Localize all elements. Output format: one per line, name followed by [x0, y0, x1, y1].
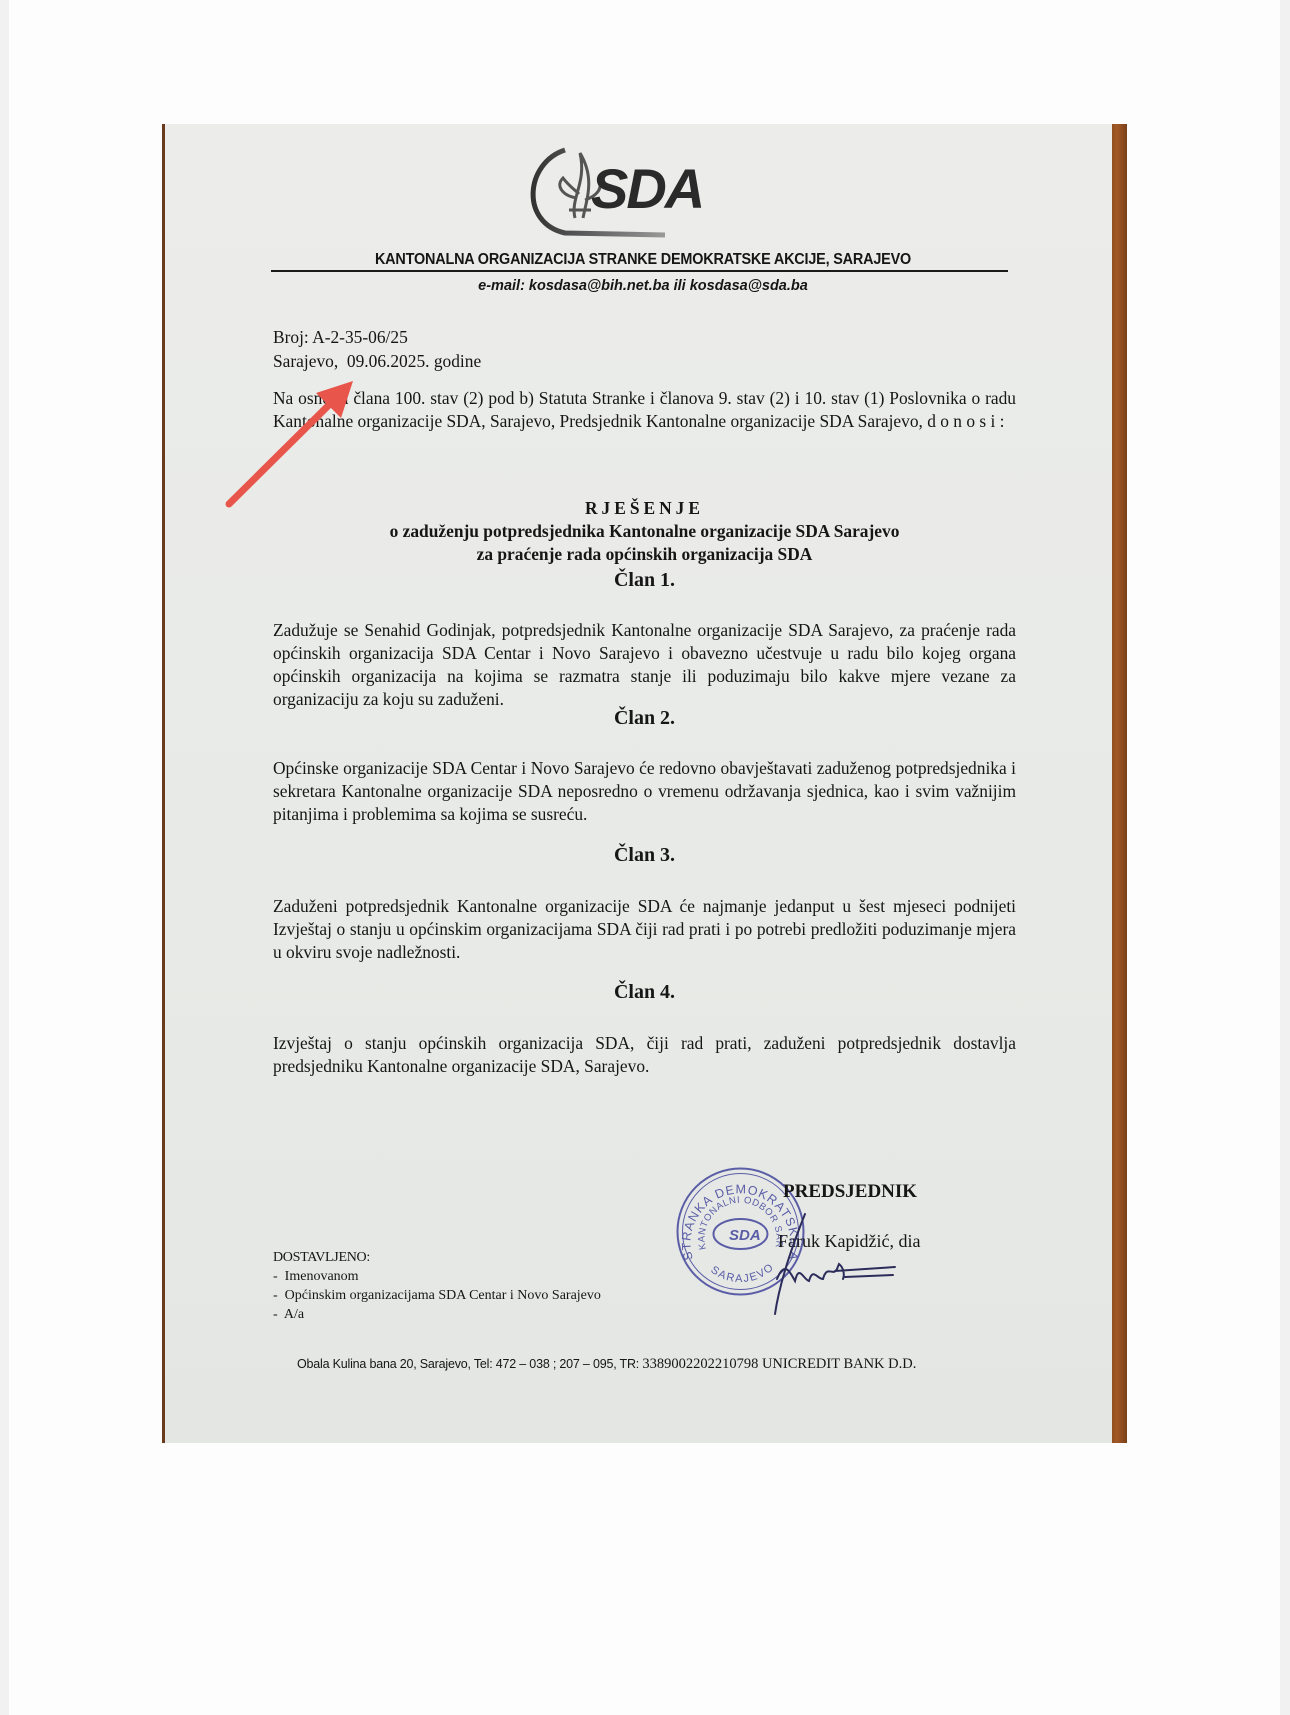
article-3-body: Zaduženi potpredsjednik Kantonalne organ… [273, 895, 1016, 964]
document-meta: Broj: A-2-35-06/25 Sarajevo, 09.06.2025.… [273, 325, 1016, 373]
svg-text:SDA: SDA [729, 1227, 761, 1244]
signatory-title: PREDSJEDNIK [783, 1181, 917, 1203]
article-3-heading: Član 3. [273, 844, 1016, 867]
decision-subtitle-line1: o zaduženju potpredsjednika Kantonalne o… [273, 520, 1016, 543]
distribution-item: Općinskim organizacijama SDA Centar i No… [273, 1286, 601, 1305]
article-4-heading: Član 4. [273, 981, 1016, 1004]
footer-address: Obala Kulina bana 20, Sarajevo, Tel: 472… [297, 1357, 642, 1371]
article-2-heading: Član 2. [273, 707, 1016, 730]
decision-heading: RJEŠENJE [273, 497, 1016, 520]
document-number: Broj: A-2-35-06/25 [273, 325, 1016, 349]
sda-logo-icon: SDA [525, 138, 725, 243]
organization-title: KANTONALNA ORGANIZACIJA STRANKE DEMOKRAT… [299, 251, 987, 269]
distribution-item: Imenovanom [273, 1267, 601, 1286]
decision-subtitle-line2: za praćenje rada općinskih organizacija … [273, 543, 1016, 566]
footer-bank-account: 3389002202210798 UNICREDIT BANK D.D. [642, 1356, 916, 1372]
photo-background-edge [1110, 124, 1127, 1443]
article-4-body: Izvještaj o stanju općinskih organizacij… [273, 1032, 1016, 1078]
decision-title: RJEŠENJE o zaduženju potpredsjednika Kan… [273, 497, 1016, 566]
svg-text:SDA: SDA [591, 157, 703, 220]
document-page: SDA KANTONALNA ORGANIZACIJA STRANKE DEMO… [162, 124, 1112, 1443]
preamble: Na osnovu člana 100. stav (2) pod b) Sta… [273, 387, 1016, 433]
article-1-body: Zadužuje se Senahid Godinjak, potpredsje… [273, 619, 1016, 711]
distribution-item: A/a [273, 1305, 601, 1324]
viewer-right-edge [1280, 0, 1290, 1715]
letter-footer: Obala Kulina bana 20, Sarajevo, Tel: 472… [297, 1356, 1057, 1373]
organization-email: e-mail: kosdasa@bih.net.ba ili kosdasa@s… [273, 278, 1013, 294]
handwritten-signature-icon [765, 1209, 915, 1319]
distribution-label: DOSTAVLJENO: [273, 1248, 601, 1267]
document-date: Sarajevo, 09.06.2025. godine [273, 349, 1016, 373]
article-1-heading: Član 1. [273, 569, 1016, 592]
viewer-left-edge [0, 0, 9, 1715]
header-divider [271, 270, 1008, 272]
article-2-body: Općinske organizacije SDA Centar i Novo … [273, 757, 1016, 826]
distribution-list: DOSTAVLJENO: Imenovanom Općinskim organi… [273, 1248, 601, 1324]
